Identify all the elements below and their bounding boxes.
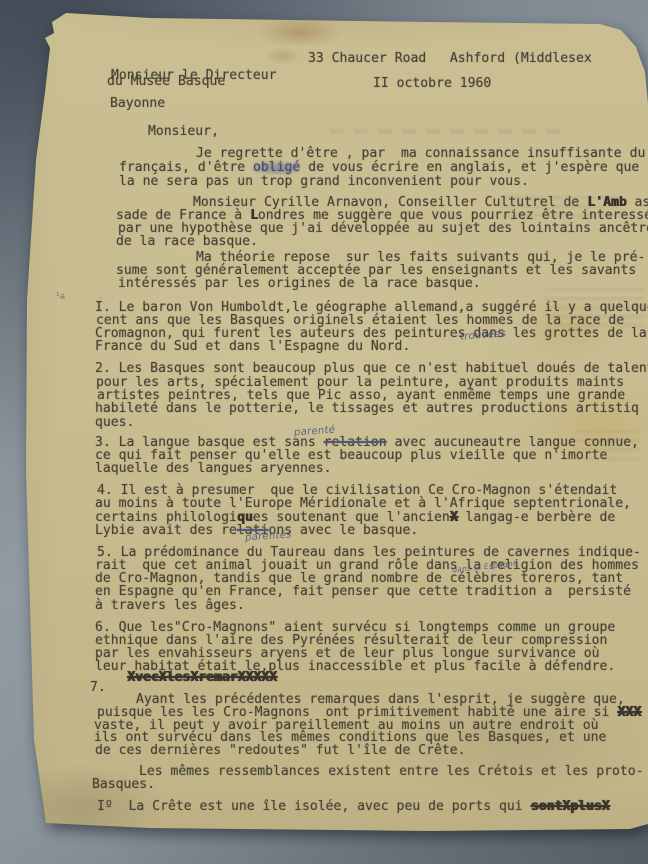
text-segment: France du Sud et dans l'Espagne du Nord. [95, 339, 410, 354]
text-segment: ques. [95, 415, 134, 430]
text-segment: laquelle des langues aryennes. [95, 461, 332, 476]
text-segment: 7. [90, 680, 106, 695]
typed-line: Basques. [92, 778, 155, 791]
typed-line: ques. [95, 416, 134, 429]
typed-line: français, d'être obligé de vous écrire e… [119, 161, 648, 174]
text-segment: XvecXlesXremarXXXXX [127, 670, 277, 685]
paper-shadow: 33 Chaucer Road Ashford (MiddlesexMonsie… [0, 0, 648, 864]
typed-line: laquelle des langues aryennes. [95, 462, 332, 475]
text-segment: Basques. [92, 777, 155, 792]
typed-line: 7. [90, 681, 106, 694]
typed-line: de la race basque. [116, 235, 258, 248]
typed-line: habileté dans le potterie, le tissages e… [95, 402, 639, 415]
text-segment: du Musée Basque [107, 74, 225, 89]
typed-line: du Musée Basque [107, 75, 225, 88]
verso-bleed-smudge [330, 129, 560, 134]
text-segment: sontXplusX [531, 799, 610, 814]
typed-line: de ces dernières "redoutes" fut l'île de… [95, 744, 466, 757]
typed-line: Je regrette d'être , par ma connaissance… [196, 147, 645, 160]
text-segment: habileté dans le potterie, le tissages e… [95, 401, 639, 416]
typed-line: la ne sera pas un trop grand inconvenien… [119, 175, 529, 188]
text-segment: Les mêmes ressemblances existent entre l… [139, 764, 644, 779]
letter-paper: 33 Chaucer Road Ashford (MiddlesexMonsie… [0, 0, 648, 864]
typed-line: France du Sud et dans l'Espagne du Nord. [95, 340, 410, 353]
typed-line: Iº La Crête est une île isolée, avec peu… [97, 800, 609, 813]
typed-line: II octobre 1960 [373, 77, 491, 90]
text-segment: de ces dernières "redoutes" fut l'île de… [95, 743, 466, 758]
photo-of-letter: 33 Chaucer Road Ashford (MiddlesexMonsie… [0, 0, 648, 864]
typed-line: Les mêmes ressemblances existent entre l… [139, 765, 644, 778]
typed-line: intéressés par les origines de la race b… [118, 277, 481, 290]
text-segment: Lybie avait des re [95, 523, 237, 538]
text-segment: de vous écrire en anglais, et j'espère q… [300, 160, 648, 175]
text-segment: X [450, 510, 458, 525]
typed-line: à travers les âges. [95, 599, 245, 612]
text-segment: au moins à toute l'Europe Méridionale et… [95, 496, 631, 511]
text-segment: Bayonne [110, 96, 165, 111]
text-segment: XXX [617, 705, 641, 720]
text-segment: à travers les âges. [95, 598, 245, 613]
typed-line: XvecXlesXremarXXXXX [127, 671, 277, 684]
pencil-margin-mark: ¹a [56, 292, 65, 302]
text-segment: 2. Les Basques sont beaucoup plus que ce… [95, 361, 648, 376]
pencil-margin-mark: · [99, 294, 102, 304]
text-segment: obligé [253, 160, 300, 175]
text-segment: la ne sera pas un trop grand inconvenien… [119, 174, 529, 189]
handwritten-annotation: parentés [245, 529, 292, 543]
text-segment: en Espagne qu'en France, fait penser que… [95, 584, 631, 599]
text-segment: langag-e berbère de [458, 510, 616, 525]
text-segment: Monsieur, [148, 124, 219, 139]
typed-line: Monsieur, [148, 125, 219, 138]
text-segment: français, d'être [119, 160, 253, 175]
typed-line: au moins à toute l'Europe Méridionale et… [95, 497, 631, 510]
text-segment: intéressés par les origines de la race b… [118, 276, 481, 291]
typed-line: en Espagne qu'en France, fait penser que… [95, 585, 631, 598]
typed-line: 2. Les Basques sont beaucoup plus que ce… [95, 362, 648, 375]
typed-line: 33 Chaucer Road Ashford (Middlesex [308, 52, 592, 65]
text-segment: 33 Chaucer Road Ashford (Middlesex [308, 51, 592, 66]
text-segment: Je regrette d'être , par ma connaissance… [196, 146, 645, 161]
text-segment: de la race basque. [116, 234, 258, 249]
text-segment: Iº La Crête est une île isolée, avec peu… [97, 799, 531, 814]
typed-line: Bayonne [110, 97, 165, 110]
text-segment: II octobre 1960 [373, 76, 491, 91]
